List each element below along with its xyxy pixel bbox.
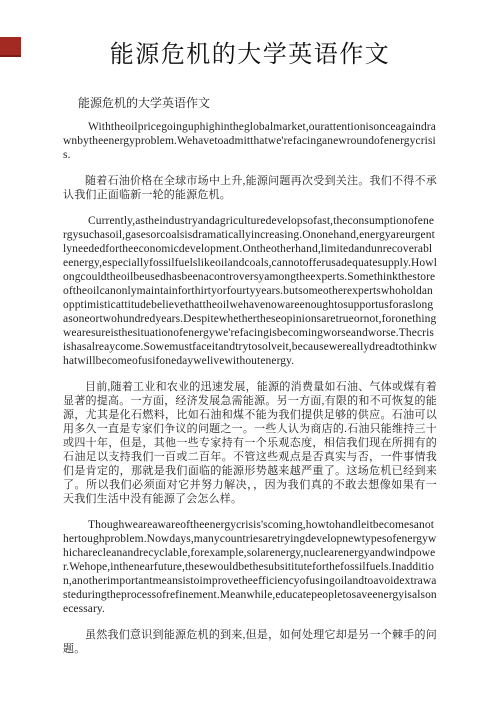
paragraph-english-2: Currently,astheindustryandagriculturedev… bbox=[63, 214, 437, 368]
paragraph-chinese-1: 随着石油价格在全球市场中上升,能源问题再次受到关注。我们不得不承认我们正面临新一… bbox=[63, 174, 437, 202]
red-tag-icon bbox=[0, 37, 21, 57]
paragraph-chinese-2: 目前,随着工业和农业的迅速发展，能源的消费量如石油、气体或煤有着显著的提高。一方… bbox=[63, 380, 437, 506]
page-title: 能源危机的大学英语作文 bbox=[0, 40, 500, 70]
paragraph-english-3: Thoughweareawareoftheenergycrisis'scomin… bbox=[63, 518, 437, 616]
document-page: 能源危机的大学英语作文 能源危机的大学英语作文 Withtheoilpriceg… bbox=[0, 0, 500, 707]
paragraph-chinese-3: 虽然我们意识到能源危机的到来,但是，如何处理它却是另一个棘手的问题。 bbox=[63, 628, 437, 656]
document-subheading: 能源危机的大学英语作文 bbox=[78, 96, 437, 110]
paragraph-english-1: Withtheoilpricegoinguphighintheglobalmar… bbox=[63, 120, 437, 162]
document-body: 能源危机的大学英语作文 Withtheoilpricegoinguphighin… bbox=[0, 96, 500, 656]
